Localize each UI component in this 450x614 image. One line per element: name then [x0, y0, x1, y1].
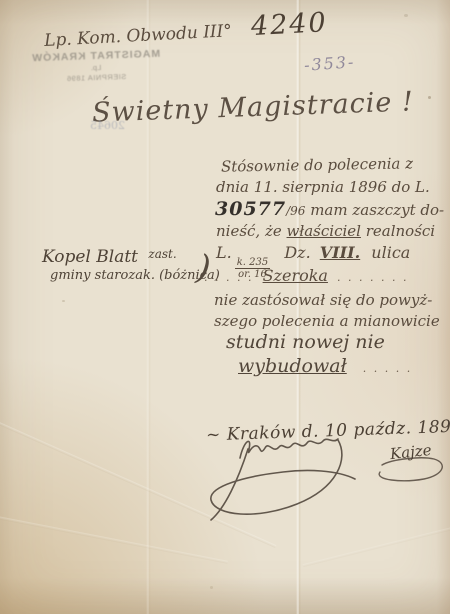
- pencil-page-number: -353-: [303, 52, 356, 75]
- parcel-prefix: L.: [216, 243, 232, 262]
- leader-dots-right: . . . . . . .: [337, 271, 408, 284]
- scanned-letter-page: Lp. Kom. Obwodu III° 4240 MAGISTRAT KRAK…: [0, 0, 450, 614]
- body-line-7: nie zastósował się do powyż-: [214, 291, 432, 309]
- body-line-8: szego polecenia a mianowicie: [214, 312, 440, 330]
- ghost-number-bleedthrough: 20645: [90, 119, 125, 132]
- district-label: Dz.: [284, 243, 310, 262]
- fold-crease-vertical-faint: [146, 0, 151, 614]
- magistrat-stamp-bleedthrough: MAGISTRAT KRAKÓW Lp. SIERPNIA 1896: [29, 48, 162, 85]
- case-number: 30577: [215, 198, 286, 220]
- salutation-heading: Świetny Magistracie !: [92, 86, 415, 128]
- body-line-3-rest: mam zaszczyt do-: [305, 201, 444, 219]
- body-line-10: wybudował . . . . .: [238, 355, 412, 377]
- case-number-year: /96: [286, 204, 305, 218]
- district-roman-numeral: VIII.: [320, 243, 360, 262]
- body-line-4c: realności: [361, 222, 435, 240]
- body-line-3: 30577/96 mam zaszczyt do-: [215, 198, 444, 220]
- header-reference-line: Lp. Kom. Obwodu III° 4240: [43, 7, 328, 53]
- clerk-flourish-oval: [372, 448, 450, 484]
- sender-name-line: Kopel Blatt zast.: [42, 247, 177, 267]
- signature-flourish: [185, 428, 395, 533]
- header-ref-text: Lp. Kom. Obwodu III°: [44, 21, 233, 51]
- body-line-1: Stósownie do polecenia z: [221, 154, 413, 175]
- body-line-4b-underlined: właściciel: [287, 222, 361, 240]
- body-line-2: dnia 11. sierpnia 1896 do L.: [216, 178, 430, 196]
- header-ref-number: 4240: [250, 7, 328, 42]
- paper-speck: [428, 96, 431, 99]
- body-line-9: studni nowej nie: [226, 331, 385, 353]
- paper-speck: [404, 14, 408, 17]
- sender-role: zast.: [148, 247, 176, 261]
- body-line-4a: nieść, że: [216, 222, 287, 240]
- street-name: Szeroka: [263, 266, 328, 285]
- trailing-dots: . . . . .: [363, 362, 412, 375]
- paper-speck: [210, 586, 213, 589]
- body-line-6-street: . . . . . Szeroka . . . . . . .: [204, 266, 409, 285]
- body-line-4: nieść, że właściciel realności: [216, 222, 435, 240]
- street-word: ulica: [371, 243, 410, 262]
- sender-name: Kopel Blatt: [42, 247, 138, 267]
- body-line-10-word: wybudował: [238, 355, 347, 377]
- paper-speck: [62, 300, 65, 302]
